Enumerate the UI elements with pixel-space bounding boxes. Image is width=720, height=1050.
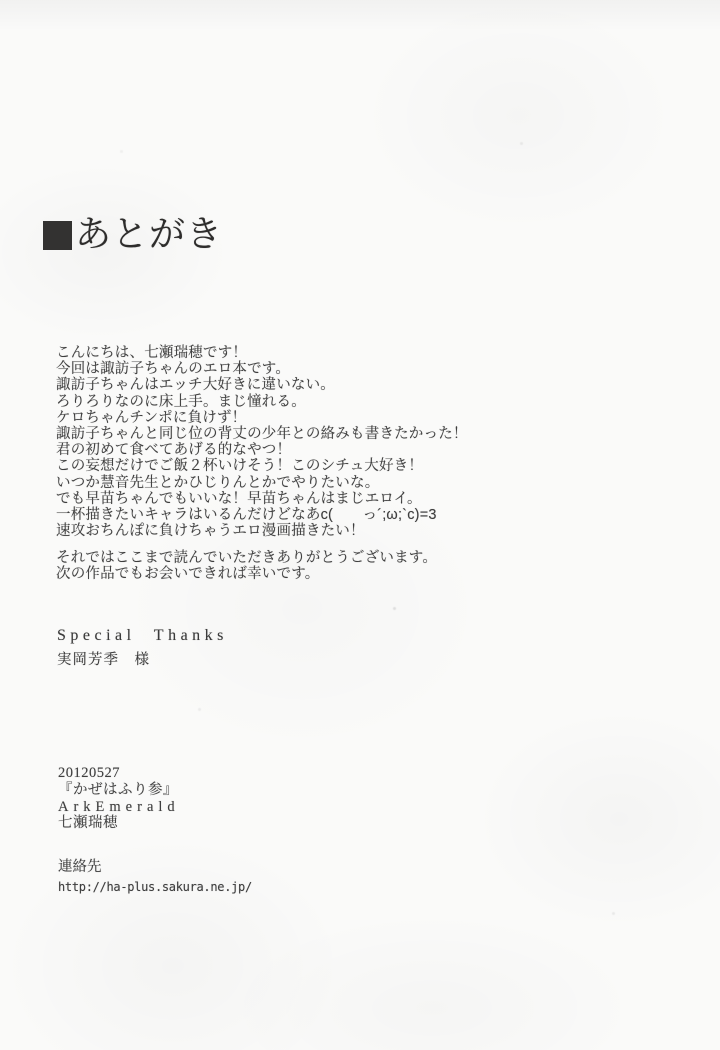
afterword-paragraph-closing: それではここまで読んでいただきありがとうございます。 次の作品でもお会いできれば… — [56, 550, 437, 582]
special-thanks-label: Special Thanks — [57, 627, 228, 645]
afterword-line: 諏訪子ちゃんと同じ位の背丈の少年との絡みも書きたかった！ — [56, 426, 468, 442]
author-name: 七瀬瑞穂 — [58, 815, 180, 832]
afterword-heading: あとがき — [43, 216, 223, 252]
scan-dust-specks — [0, 0, 3, 3]
square-bullet-icon — [43, 221, 72, 250]
afterword-line: 今回は諏訪子ちゃんのエロ本です。 — [56, 361, 468, 377]
afterword-line: ケロちゃんチンポに負けず！ — [56, 410, 468, 426]
afterword-closing-line: それではここまで読んでいただきありがとうございます。 — [56, 550, 437, 566]
afterword-heading-text: あとがき — [75, 216, 223, 252]
afterword-line: この妄想だけでご飯２杯いけそう！このシチュ大好き！ — [56, 458, 468, 474]
circle-name: ArkEmerald — [58, 799, 180, 816]
afterword-line: いつか慧音先生とかひじりんとかでやりたいな。 — [56, 475, 468, 491]
contact-label: 連絡先 — [58, 855, 252, 876]
afterword-line: 君の初めて食べてあげる的なやつ！ — [56, 442, 468, 458]
contact-url: http://ha-plus.sakura.ne.jp/ — [58, 880, 252, 894]
special-thanks-name: 実岡芳季 様 — [57, 648, 228, 669]
afterword-paragraph-main: こんにちは、七瀬瑞穂です！ 今回は諏訪子ちゃんのエロ本です。 諏訪子ちゃんはエッ… — [56, 345, 468, 539]
contact-section: 連絡先 http://ha-plus.sakura.ne.jp/ — [58, 855, 252, 894]
afterword-line: 諏訪子ちゃんはエッチ大好きに違いない。 — [56, 377, 468, 393]
afterword-closing-line: 次の作品でもお会いできれば幸いです。 — [56, 566, 437, 582]
special-thanks-section: Special Thanks 実岡芳季 様 — [57, 627, 228, 669]
book-title: 『かぜはふり参』 — [58, 782, 180, 799]
scanned-afterword-page: あとがき こんにちは、七瀬瑞穂です！ 今回は諏訪子ちゃんのエロ本です。 諏訪子ち… — [0, 0, 720, 1050]
afterword-line: 速攻おちんぽに負けちゃうエロ漫画描きたい！ — [56, 523, 468, 539]
afterword-line: ろりろりなのに床上手。まじ憧れる。 — [56, 394, 468, 410]
afterword-line: こんにちは、七瀬瑞穂です！ — [56, 345, 468, 361]
afterword-line: 一杯描きたいキャラはいるんだけどなあc( っ´;ω;`c)=3 — [56, 507, 468, 523]
afterword-line: でも早苗ちゃんでもいいな！早苗ちゃんはまじエロイ。 — [56, 491, 468, 507]
credits-section: 20120527 『かぜはふり参』 ArkEmerald 七瀬瑞穂 — [58, 765, 180, 832]
publication-date: 20120527 — [58, 765, 180, 782]
